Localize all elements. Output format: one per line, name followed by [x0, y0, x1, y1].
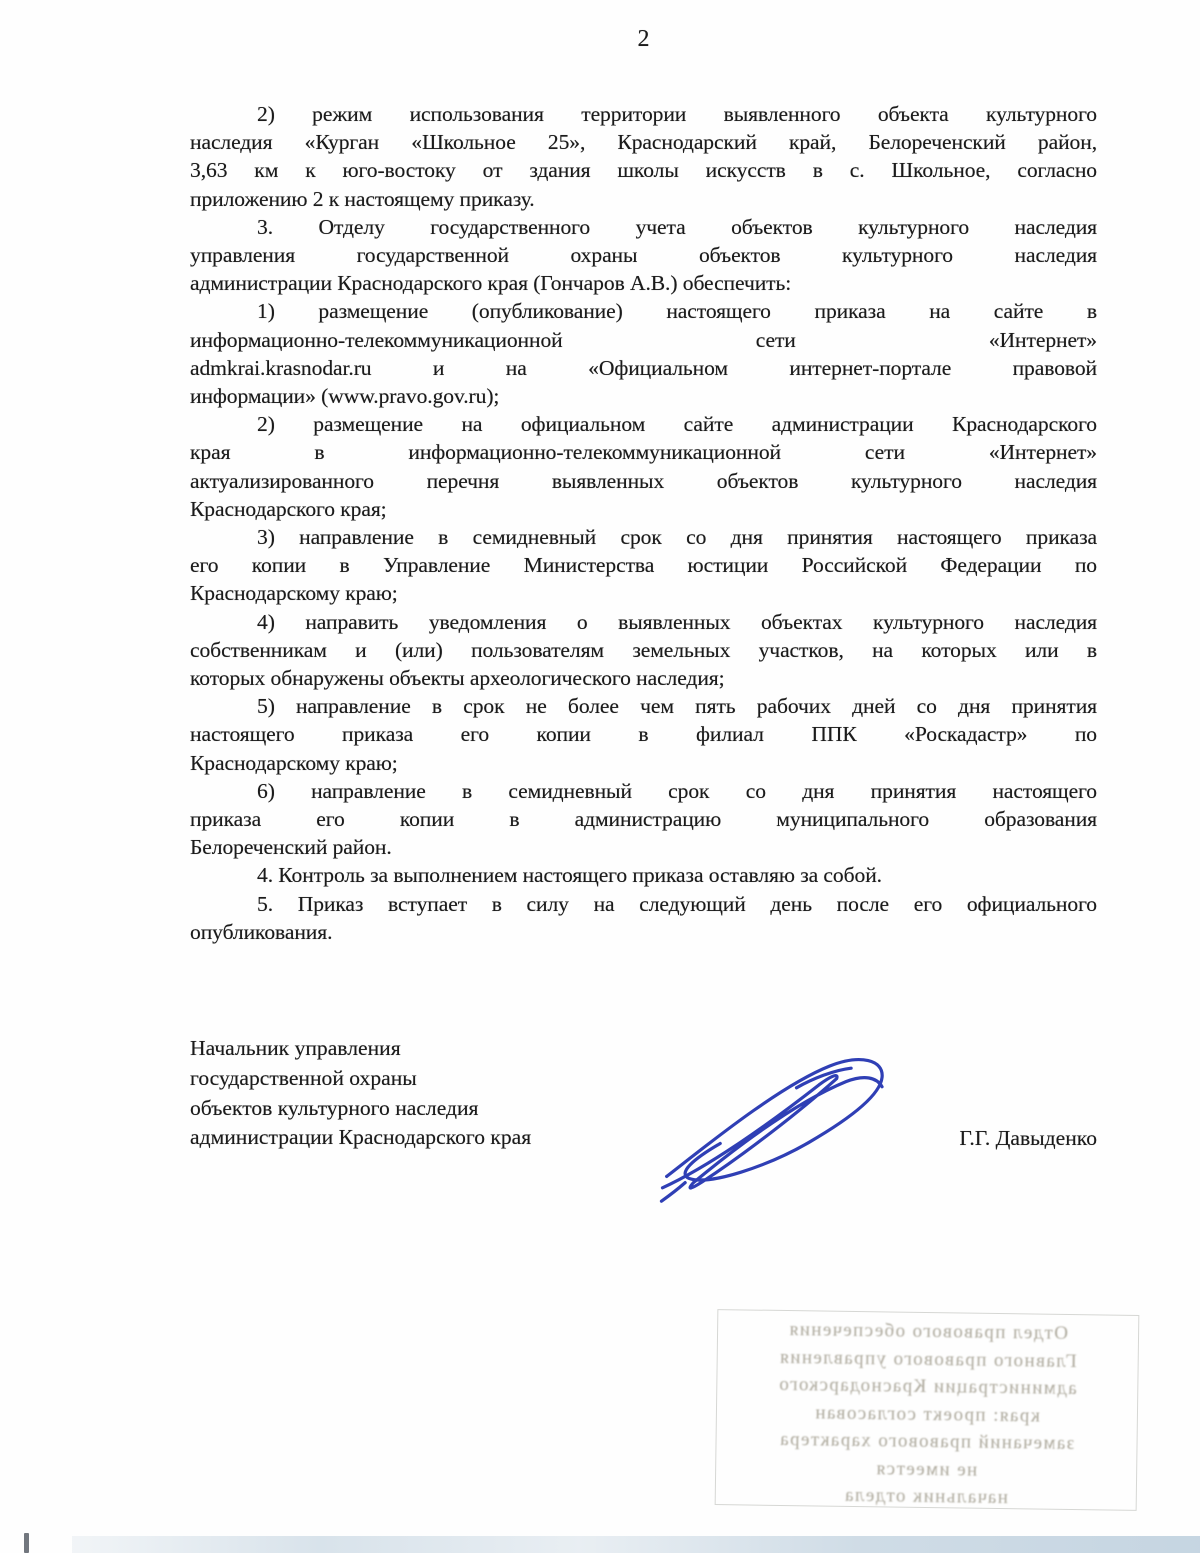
signoff-line: Начальник управления [190, 1034, 710, 1064]
body-line: 6) направление в семидневный срок со дня… [190, 777, 1097, 805]
signoff-line: администрации Краснодарского края [190, 1123, 710, 1153]
body-line: Краснодарского края; [190, 495, 1097, 523]
signature-scrawl [646, 1050, 914, 1206]
body-line: края в информационно-телекоммуникационно… [190, 438, 1097, 466]
body-line: admkrai.krasnodar.ru и на «Официальном и… [190, 354, 1097, 382]
body-line: 2) размещение на официальном сайте админ… [190, 410, 1097, 438]
stamp-mirrored-text: Отдел правового обеспеченияГлавного прав… [716, 1315, 1139, 1513]
body-line: 1) размещение (опубликование) настоящего… [190, 297, 1097, 325]
scan-artifact-mark [24, 1533, 29, 1553]
body-line: 3. Отделу государственного учета объекто… [190, 213, 1097, 241]
body-line: приказа его копии в администрацию муници… [190, 805, 1097, 833]
signer-name: Г.Г. Давыденко [880, 1126, 1097, 1151]
body-line: наследия «Курган «Школьное 25», Краснода… [190, 128, 1097, 156]
body-line: Краснодарскому краю; [190, 749, 1097, 777]
signoff-line: объектов культурного наследия [190, 1094, 710, 1124]
signoff-line: государственной охраны [190, 1064, 710, 1094]
stamp-line: замечаний правового характера [716, 1425, 1136, 1458]
body-line: опубликования. [190, 918, 1097, 946]
body-line: Краснодарскому краю; [190, 579, 1097, 607]
body-line: его копии в Управление Министерства юсти… [190, 551, 1097, 579]
signoff-title: Начальник управлениягосударственной охра… [190, 1034, 710, 1153]
body-line: 2) режим использования территории выявле… [190, 100, 1097, 128]
body-line: управления государственной охраны объект… [190, 241, 1097, 269]
body-line: Белореченский район. [190, 833, 1097, 861]
body-line: 4) направить уведомления о выявленных об… [190, 608, 1097, 636]
stamp-line: администрации Краснодарского [717, 1370, 1137, 1403]
body-line: информации» (www.pravo.gov.ru); [190, 382, 1097, 410]
body-line: собственникам и (или) пользователям земе… [190, 636, 1097, 664]
body-line: 3,63 км к юго-востоку от здания школы ис… [190, 156, 1097, 184]
body-line: приложению 2 к настоящему приказу. [190, 185, 1097, 213]
page-number: 2 [190, 26, 1097, 53]
body-line: администрации Краснодарского края (Гонча… [190, 269, 1097, 297]
body-line: которых обнаружены объекты археологическ… [190, 664, 1097, 692]
order-body-text: 2) режим использования территории выявле… [190, 100, 1097, 946]
body-line: 5) направление в срок не более чем пять … [190, 692, 1097, 720]
body-line: актуализированного перечня выявленных об… [190, 467, 1097, 495]
scan-artifact-band [72, 1536, 1200, 1553]
body-line: 3) направление в семидневный срок со дня… [190, 523, 1097, 551]
stamp-line: начальник отдела [716, 1480, 1136, 1513]
body-line: 5. Приказ вступает в силу на следующий д… [190, 890, 1097, 918]
body-line: 4. Контроль за выполнением настоящего пр… [190, 861, 1097, 889]
body-line: настоящего приказа его копии в филиал ПП… [190, 720, 1097, 748]
stamp-bleedthrough: Отдел правового обеспеченияГлавного прав… [715, 1309, 1140, 1511]
document-page: 2 2) режим использования территории выяв… [0, 0, 1200, 1553]
body-line: информационно-телекоммуникационной сети … [190, 326, 1097, 354]
